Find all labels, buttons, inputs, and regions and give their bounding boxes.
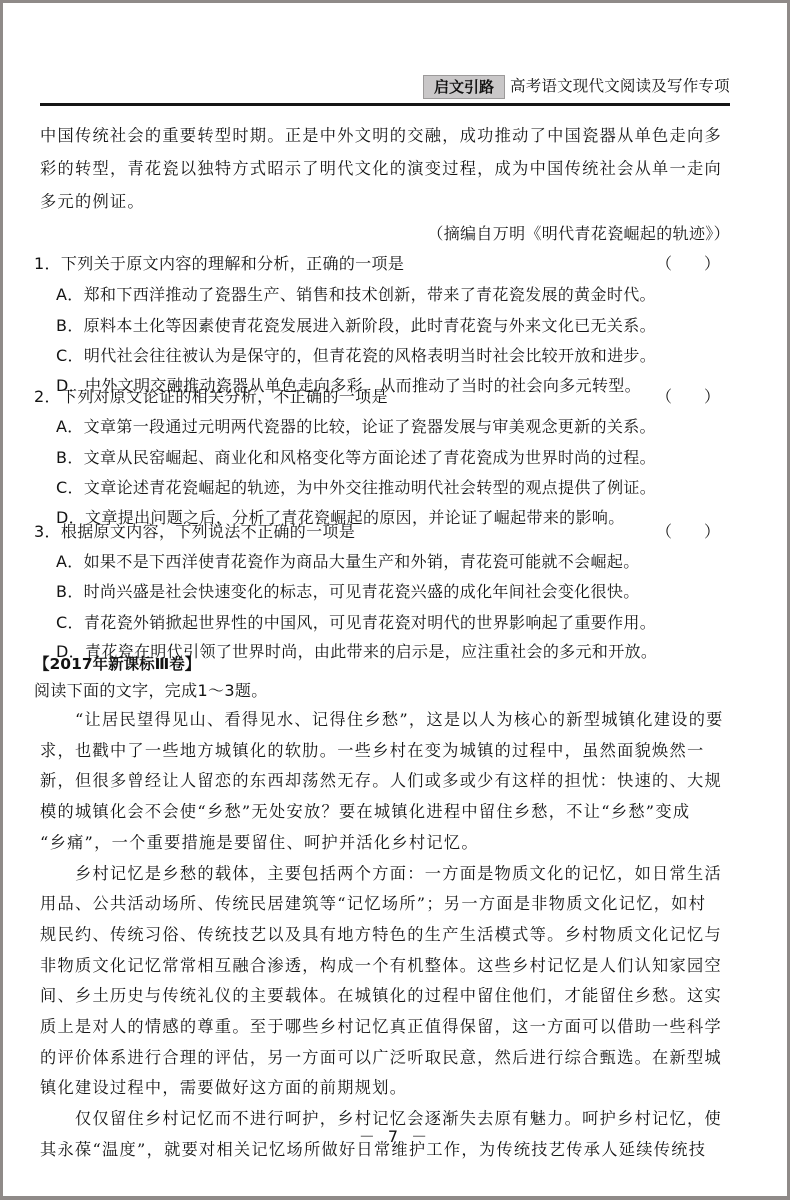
passage-line: 模的城镇化会不会使“乡愁”无处安放？要在城镇化进程中留住乡愁，不让“乡愁”变成 [40,799,690,825]
header-rule [40,103,730,106]
answer-paren: （ ） [656,384,720,410]
passage-line: 用品、公共活动场所、传统民居建筑等“记忆场所”；另一方面是非物质文化记忆，如村 [40,891,706,917]
question-stem: 1．下列关于原文内容的理解和分析，正确的一项是 [34,251,404,277]
series-badge: 启文引路 [423,75,505,99]
question-option: B．时尚兴盛是社会快速变化的标志，可见青花瓷兴盛的成化年间社会变化很快。 [56,579,640,605]
passage-line: 非物质文化记忆常常相互融合渗透，构成一个有机整体。这些乡村记忆是人们认知家园空 [40,953,722,979]
passage-source: （摘编自万明《明代青花瓷崛起的轨迹》） [427,221,730,247]
passage-line: 的评价体系进行合理的评估，另一方面可以广泛听取民意，然后进行综合甄选。在新型城 [40,1045,722,1071]
question-option: C．明代社会往往被认为是保守的，但青花瓷的风格表明当时社会比较开放和进步。 [56,343,656,369]
section-instruction: 阅读下面的文字，完成1～3题。 [34,678,268,704]
passage-line: 质上是对人的情感的尊重。至于哪些乡村记忆真正值得保留，这一方面可以借助一些科学 [40,1014,722,1040]
page-number: － 7 － [3,1124,787,1147]
passage-line: 新，但很多曾经让人留恋的东西却荡然无存。人们或多或少有这样的担忧：快速的、大规 [40,768,722,794]
answer-paren: （ ） [656,251,720,277]
book-title: 高考语文现代文阅读及写作专项 [510,75,730,97]
passage-line: 彩的转型，青花瓷以独特方式昭示了明代文化的演变过程，成为中国传统社会从单一走向 [40,156,722,182]
passage-line: 中国传统社会的重要转型时期。正是中外文明的交融，成功推动了中国瓷器从单色走向多 [40,123,722,149]
section-heading: 【2017年新课标Ⅲ卷】 [34,651,200,677]
passage-line: 间、乡土历史与传统礼仪的主要载体。在城镇化的过程中留住他们，才能留住乡愁。这实 [40,983,722,1009]
answer-paren: （ ） [656,519,720,545]
passage-line: 多元的例证。 [40,189,145,215]
question-option: C．文章论述青花瓷崛起的轨迹，为中外交往推动明代社会转型的观点提供了例证。 [56,475,656,501]
passage-line: 求，也戳中了一些地方城镇化的软肋。一些乡村在变为城镇的过程中，虽然面貌焕然一 [40,738,705,764]
question-option: B．文章从民窑崛起、商业化和风格变化等方面论述了青花瓷成为世界时尚的过程。 [56,445,656,471]
passage-line: 乡村记忆是乡愁的载体，主要包括两个方面：一方面是物质文化的记忆，如日常生活 [40,861,722,887]
passage-line: 镇化建设过程中，需要做好这方面的前期规划。 [40,1075,407,1101]
question-option: C．青花瓷外销掀起世界性的中国风，可见青花瓷对明代的世界影响起了重要作用。 [56,610,656,636]
question-stem: 3．根据原文内容，下列说法不正确的一项是 [34,519,355,545]
page-header: 启文引路 高考语文现代文阅读及写作专项 [40,71,730,109]
question-option: A．文章第一段通过元明两代瓷器的比较，论证了瓷器发展与审美观念更新的关系。 [56,414,656,440]
document-page: 启文引路 高考语文现代文阅读及写作专项 中国传统社会的重要转型时期。正是中外文明… [3,3,787,1196]
question-stem: 2．下列对原文论证的相关分析，不正确的一项是 [34,384,388,410]
question-option: A．如果不是下西洋使青花瓷作为商品大量生产和外销，青花瓷可能就不会崛起。 [56,549,640,575]
passage-line: 规民约、传统习俗、传统技艺以及具有地方特色的生产生活模式等。乡村物质文化记忆与 [40,922,722,948]
passage-line: “乡痛”，一个重要措施是要留住、呵护并活化乡村记忆。 [40,830,479,856]
question-option: A．郑和下西洋推动了瓷器生产、销售和技术创新，带来了青花瓷发展的黄金时代。 [56,282,656,308]
question-option: B．原料本土化等因素使青花瓷发展进入新阶段，此时青花瓷与外来文化已无关系。 [56,313,656,339]
passage-line: “让居民望得见山、看得见水、记得住乡愁”，这是以人为核心的新型城镇化建设的要 [40,707,724,733]
